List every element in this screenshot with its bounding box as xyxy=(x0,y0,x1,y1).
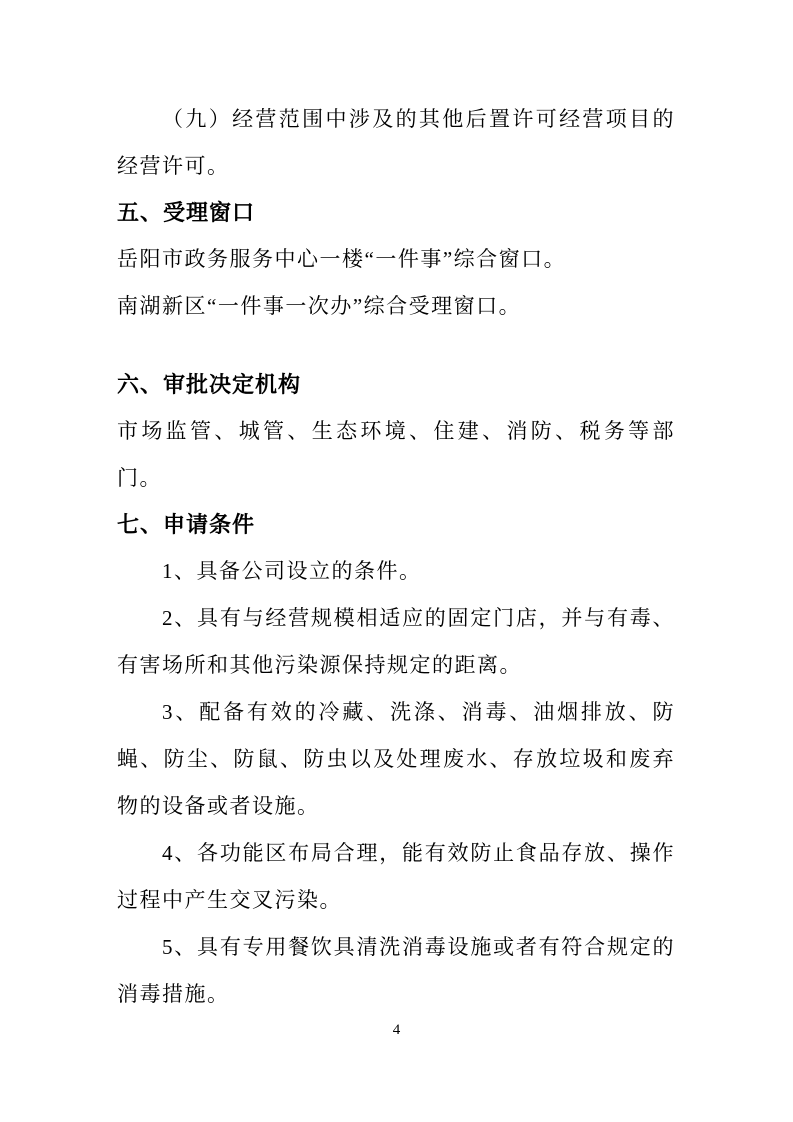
paragraph-condition-3: 3、配备有效的冷藏、洗涤、消毒、油烟排放、防蝇、防尘、防鼠、防虫以及处理废水、存… xyxy=(117,689,675,830)
document-content: （九）经营范围中涉及的其他后置许可经营项目的经营许可。 五、受理窗口 岳阳市政务… xyxy=(117,96,675,1018)
section-heading-6-approval-authority: 六、审批决定机构 xyxy=(117,362,675,408)
paragraph-nanhu-new-district: 南湖新区“一件事一次办”综合受理窗口。 xyxy=(117,283,675,330)
section-heading-5-acceptance-window: 五、受理窗口 xyxy=(117,190,675,236)
paragraph-condition-5: 5、具有专用餐饮具清洗消毒设施或者有符合规定的消毒措施。 xyxy=(117,924,675,1018)
page-number: 4 xyxy=(0,1020,793,1040)
paragraph-condition-1: 1、具备公司设立的条件。 xyxy=(117,548,675,595)
document-page: （九）经营范围中涉及的其他后置许可经营项目的经营许可。 五、受理窗口 岳阳市政务… xyxy=(0,0,793,1122)
paragraph-yueyang-service-center: 岳阳市政务服务中心一楼“一件事”综合窗口。 xyxy=(117,236,675,283)
paragraph-item-9-other-permits: （九）经营范围中涉及的其他后置许可经营项目的经营许可。 xyxy=(117,96,675,190)
paragraph-authority-departments: 市场监管、城管、生态环境、住建、消防、税务等部门。 xyxy=(117,408,675,502)
section-heading-7-application-conditions: 七、申请条件 xyxy=(117,502,675,548)
paragraph-condition-2: 2、具有与经营规模相适应的固定门店，并与有毒、有害场所和其他污染源保持规定的距离… xyxy=(117,595,675,689)
paragraph-condition-4: 4、各功能区布局合理，能有效防止食品存放、操作过程中产生交叉污染。 xyxy=(117,830,675,924)
